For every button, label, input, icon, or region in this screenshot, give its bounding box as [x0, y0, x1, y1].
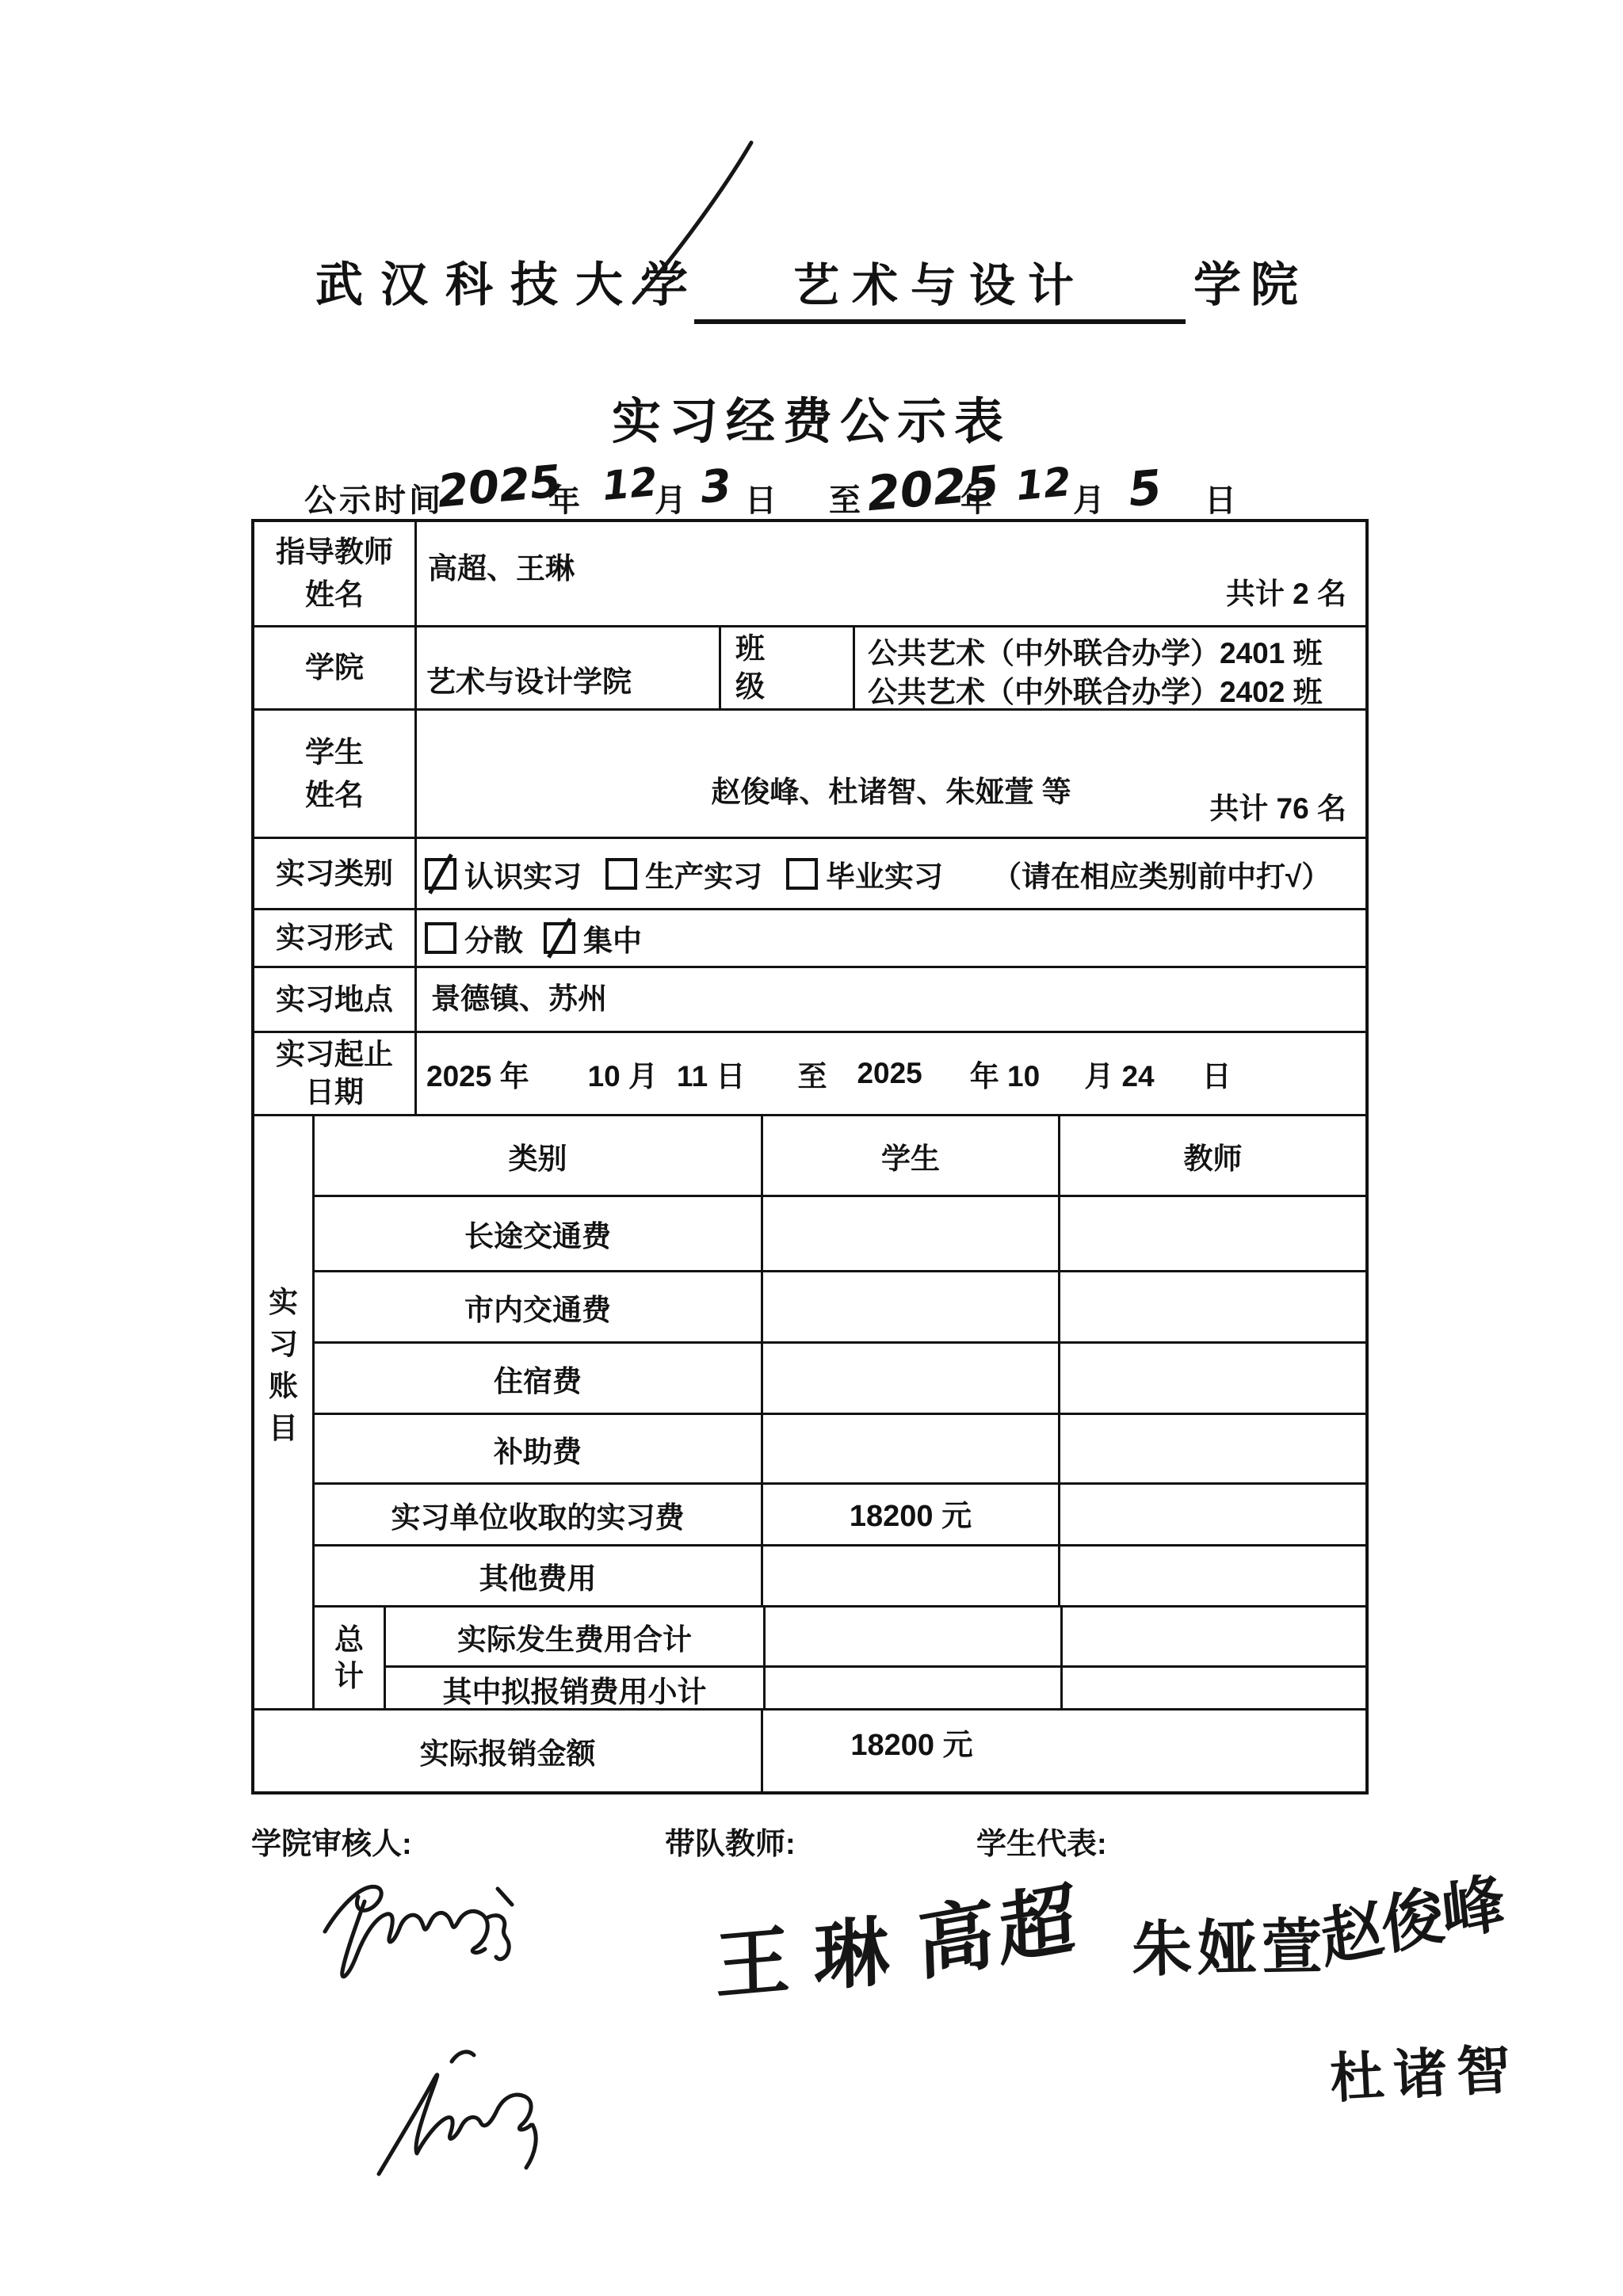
college-row: 学院 艺术与设计学院 班 级 公共艺术（中外联合办学）2401 班 公共艺术（中…	[254, 625, 1365, 708]
dates-part-to: 至	[797, 1052, 827, 1095]
period-end-month-handwritten: 12	[1014, 459, 1073, 509]
mode-cell: 分散 集中	[414, 910, 1365, 966]
mode-option-2: 集中	[583, 917, 642, 959]
bottom-left-signature-scribble	[357, 2033, 555, 2199]
students-label: 学生 姓名	[254, 711, 414, 837]
category-option-3: 毕业实习	[826, 852, 943, 895]
accounts-header-row: 类别 学生 教师	[315, 1116, 1365, 1195]
accounts-section-label: 实 习 账 目	[254, 1281, 312, 1449]
class-line-2: 公共艺术（中外联合办学）2402 班	[868, 673, 1365, 711]
mode-row: 实习形式 分散 集中	[254, 908, 1365, 966]
account-teacher-value	[1058, 1547, 1365, 1605]
dates-part-end-day: 月 24	[1084, 1052, 1154, 1095]
dates-row: 实习起止 日期 2025 年 10 月 11 日 至 2025 年 10 月 2…	[254, 1031, 1365, 1114]
accounts-header-teacher: 教师	[1058, 1116, 1365, 1195]
instructor-row: 指导教师 姓名 高超、王琳 共计 2 名	[254, 522, 1365, 625]
college-label: 学院	[254, 627, 414, 708]
reviewer-signature-scribble	[315, 1871, 561, 2006]
signature-gao-chao: 高超	[915, 1855, 1082, 1996]
dates-part-start-day: 11 日	[677, 1052, 745, 1095]
signature-zhu-yaxuan: 朱娅萱	[1131, 1898, 1327, 1988]
location-row: 实习地点 景德镇、苏州	[254, 966, 1365, 1031]
totals-rows: 实际发生费用合计 其中拟报销费用小计	[384, 1608, 1365, 1708]
accounts-row-long-distance: 长途交通费	[315, 1195, 1365, 1270]
total-student-value	[763, 1608, 1060, 1665]
instructor-cell: 高超、王琳 共计 2 名	[414, 522, 1365, 625]
totals-label: 总 计	[315, 1608, 384, 1708]
category-label: 实习类别	[254, 839, 414, 908]
mode-option-1: 分散	[464, 917, 523, 959]
location-label: 实习地点	[254, 968, 414, 1031]
dates-part-start-year: 2025 年	[426, 1052, 529, 1095]
dates-cell: 2025 年 10 月 11 日 至 2025 年 10 月 24 日	[414, 1033, 1365, 1114]
period-end-day-handwritten: 5	[1126, 460, 1164, 517]
category-option-1: 认识实习	[464, 852, 582, 895]
dates-part-day-unit: 日	[1202, 1052, 1232, 1095]
account-teacher-value	[1058, 1272, 1365, 1341]
account-category: 长途交通费	[315, 1197, 761, 1270]
total-teacher-value	[1060, 1608, 1365, 1665]
account-student-value	[761, 1272, 1058, 1341]
accounts-row-lodging: 住宿费	[315, 1341, 1365, 1413]
account-category: 实习单位收取的实习费	[315, 1485, 761, 1544]
period-start-year-handwritten: 2025	[435, 456, 563, 517]
year-unit: 年	[960, 475, 992, 521]
reviewer-label: 学院审核人:	[251, 1819, 412, 1863]
total-category: 实际发生费用合计	[386, 1608, 763, 1665]
reimbursement-row: 实际报销金额 18200 元	[254, 1708, 1365, 1791]
account-teacher-value	[1058, 1197, 1365, 1270]
checkbox-graduation-internship-icon	[786, 858, 818, 890]
class-label: 班 级	[719, 627, 853, 708]
college-name-fill: 艺术与设计	[793, 260, 1086, 311]
total-student-value	[763, 1668, 1060, 1711]
class-list-cell: 公共艺术（中外联合办学）2401 班 公共艺术（中外联合办学）2402 班	[853, 627, 1365, 708]
category-cell: 认识实习 生产实习 毕业实习 （请在相应类别前中打√）	[414, 839, 1365, 908]
instructor-names: 高超、王琳	[428, 544, 575, 587]
dates-label: 实习起止 日期	[254, 1033, 414, 1114]
accounts-row-other: 其他费用	[315, 1544, 1365, 1605]
account-student-value	[761, 1197, 1058, 1270]
dates-part-end-year: 2025	[857, 1057, 922, 1090]
dates-part-end-month: 年 10	[970, 1052, 1040, 1095]
total-category: 其中拟报销费用小计	[386, 1668, 763, 1711]
students-cell: 赵俊峰、杜诸智、朱娅萱 等 共计 76 名	[414, 711, 1365, 837]
accounts-section: 实 习 账 目 类别 学生 教师 长途交通费 市内交通费 住宿费	[254, 1114, 1365, 1708]
account-category: 其他费用	[315, 1547, 761, 1605]
class-line-1: 公共艺术（中外联合办学）2401 班	[868, 634, 1365, 673]
category-option-2: 生产实习	[645, 852, 762, 895]
checkbox-recognition-internship-icon	[425, 858, 456, 890]
period-start-month-handwritten: 12	[601, 459, 659, 509]
totals-row-planned: 其中拟报销费用小计	[384, 1665, 1365, 1711]
accounts-subtable: 类别 学生 教师 长途交通费 市内交通费 住宿费 补助费	[312, 1116, 1365, 1708]
account-teacher-value	[1058, 1415, 1365, 1482]
students-row: 学生 姓名 赵俊峰、杜诸智、朱娅萱 等 共计 76 名	[254, 708, 1365, 837]
accounts-row-subsidy: 补助费	[315, 1413, 1365, 1482]
period-to: 至	[829, 475, 861, 521]
accounts-row-unit-fee: 实习单位收取的实习费 18200 元	[315, 1482, 1365, 1544]
accounts-header-category: 类别	[315, 1116, 761, 1195]
totals-block: 总 计 实际发生费用合计 其中拟报销费用小计	[315, 1605, 1365, 1708]
accounts-header-student: 学生	[761, 1116, 1058, 1195]
reimbursement-value: 18200 元	[763, 1711, 1060, 1764]
account-student-value	[761, 1547, 1058, 1605]
totals-row-actual: 实际发生费用合计	[384, 1608, 1365, 1665]
signature-wang-lin: 王琳	[714, 1890, 913, 2015]
account-teacher-value	[1058, 1485, 1365, 1544]
internship-expense-table: 指导教师 姓名 高超、王琳 共计 2 名 学院 艺术与设计学院 班 级 公共艺术…	[251, 519, 1369, 1794]
account-teacher-value	[1058, 1344, 1365, 1413]
checkbox-centralized-icon	[544, 922, 575, 954]
month-unit: 月	[655, 475, 686, 521]
dates-part-start-month: 10 月	[588, 1052, 658, 1095]
university-name: 武汉科技大学	[315, 258, 705, 311]
document-title-line: 武汉科技大学艺术与设计学院	[0, 247, 1623, 324]
checkbox-production-internship-icon	[605, 858, 637, 890]
mode-label: 实习形式	[254, 910, 414, 966]
accounts-section-label-cell: 实 习 账 目	[254, 1116, 312, 1708]
students-count: 共计 76 名	[1209, 784, 1346, 827]
period-label: 公示时间	[304, 475, 444, 521]
day-unit: 日	[1205, 475, 1236, 521]
account-category: 市内交通费	[315, 1272, 761, 1341]
account-student-value	[761, 1415, 1058, 1482]
account-category: 住宿费	[315, 1344, 761, 1413]
accounts-row-city-transport: 市内交通费	[315, 1270, 1365, 1341]
student-rep-label: 学生代表:	[976, 1819, 1107, 1863]
scanned-form-page: { "header": { "university": "武汉科技大学", "c…	[0, 0, 1623, 2296]
reimbursement-cell: 18200 元	[761, 1711, 1365, 1791]
form-title: 实习经费公示表	[0, 382, 1623, 452]
day-unit: 日	[745, 475, 777, 521]
signature-du-zhuzhi: 杜诸智	[1328, 2027, 1522, 2113]
total-teacher-value	[1060, 1668, 1365, 1711]
instructor-label: 指导教师 姓名	[254, 522, 414, 625]
lead-teacher-label: 带队教师:	[665, 1819, 796, 1863]
period-start-day-handwritten: 3	[698, 460, 733, 513]
college-name: 艺术与设计学院	[414, 627, 719, 708]
college-blank-underline: 艺术与设计	[694, 248, 1186, 324]
account-category: 补助费	[315, 1415, 761, 1482]
account-student-value	[761, 1344, 1058, 1413]
checkbox-dispersed-icon	[425, 922, 456, 954]
instructor-count: 共计 2 名	[1226, 570, 1346, 612]
year-unit: 年	[548, 475, 580, 521]
month-unit: 月	[1073, 475, 1105, 521]
reimbursement-label: 实际报销金额	[254, 1711, 761, 1791]
account-student-value: 18200 元	[761, 1485, 1058, 1544]
category-note: （请在相应类别前中打√）	[992, 852, 1331, 895]
location-value: 景德镇、苏州	[414, 968, 1365, 1031]
college-suffix: 学院	[1193, 258, 1308, 311]
signature-zhao-junfeng: 赵俊峰	[1316, 1851, 1507, 1981]
category-row: 实习类别 认识实习 生产实习 毕业实习 （请在相应类别前中打√）	[254, 837, 1365, 908]
